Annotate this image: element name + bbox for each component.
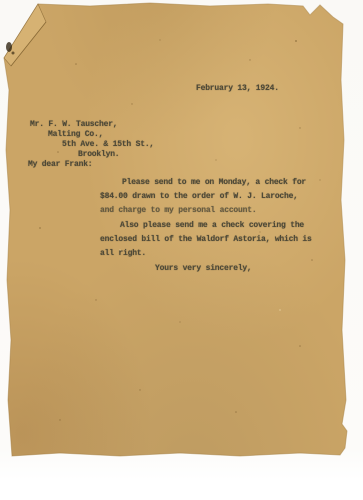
body-line: Please send to me on Monday, a check for — [122, 178, 306, 188]
letter-text-layer: February 13, 1924. Mr. F. W. Tauscher, M… — [0, 0, 363, 500]
body-line: Also please send me a check covering the — [120, 221, 304, 231]
body-line: all right. — [100, 249, 146, 259]
body-line: enclosed bill of the Waldorf Astoria, wh… — [100, 235, 312, 245]
body-line: and charge to my personal account. — [100, 206, 256, 216]
salutation: My dear Frank: — [28, 160, 92, 170]
body-line: $84.00 drawn to the order of W. J. Laroc… — [100, 192, 298, 202]
recipient-address-line: Malting Co., — [48, 130, 103, 140]
recipient-address-line: Mr. F. W. Tauscher, — [30, 120, 117, 130]
recipient-address-line: Brooklyn. — [78, 150, 119, 160]
closing: Yours very sincerely, — [155, 264, 252, 274]
letter-date: February 13, 1924. — [196, 84, 279, 94]
scanned-letter: February 13, 1924. Mr. F. W. Tauscher, M… — [0, 0, 363, 500]
recipient-address-line: 5th Ave. & 15th St., — [62, 140, 154, 150]
